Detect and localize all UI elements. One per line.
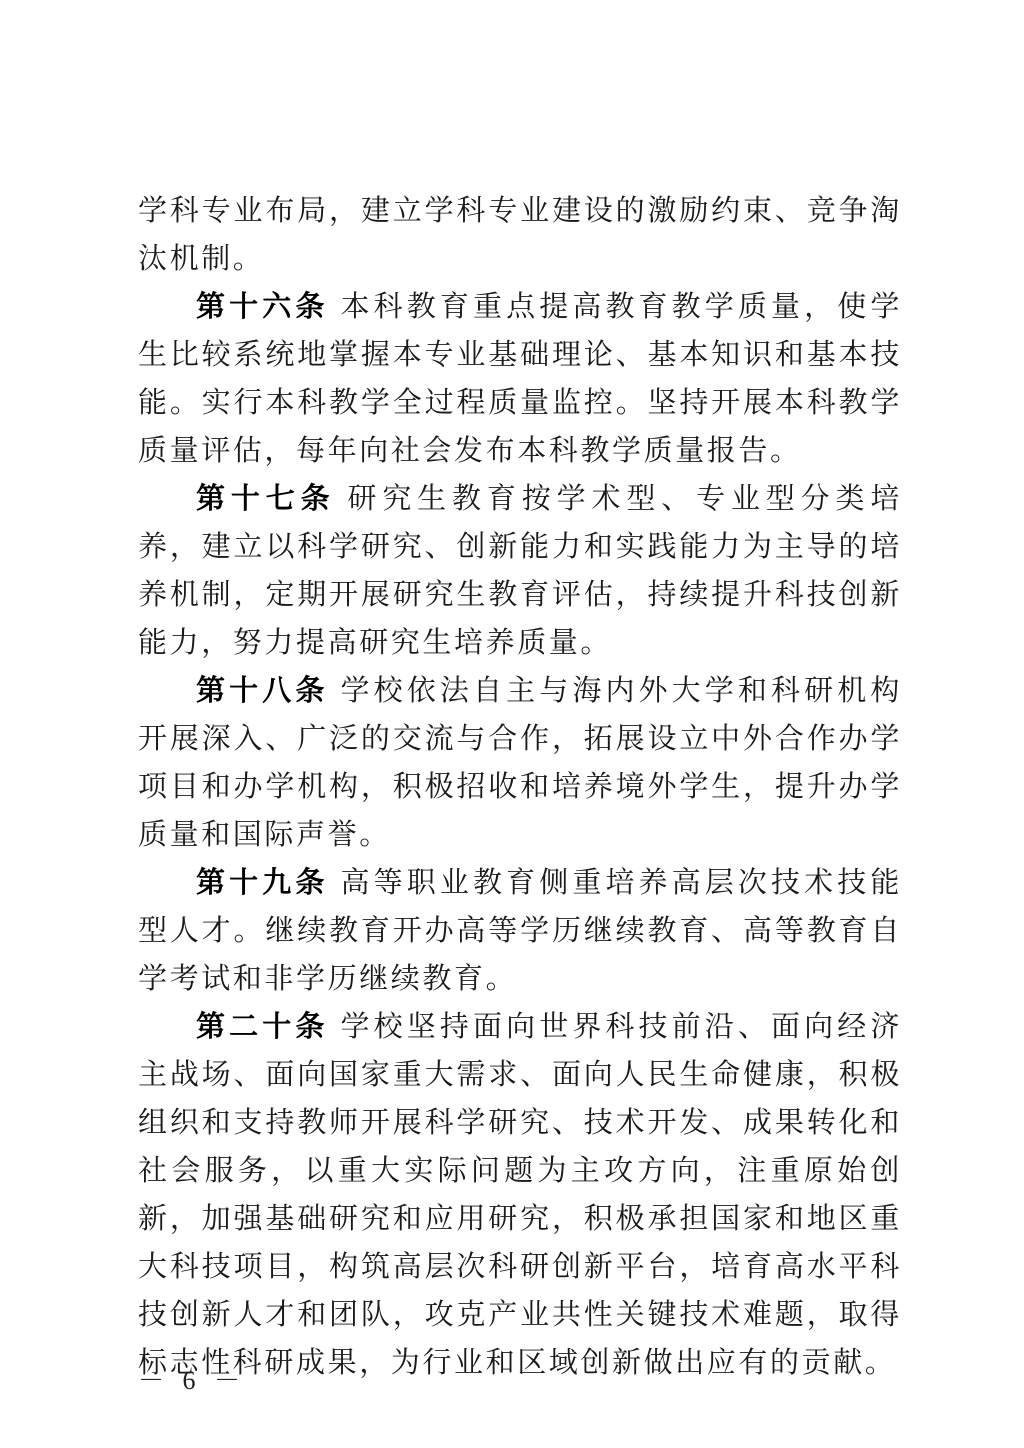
continuation-paragraph: 学科专业布局，建立学科专业建设的激励约束、竞争淘汰机制。	[138, 186, 902, 282]
article-number: 第十九条	[196, 865, 328, 899]
document-page: 学科专业布局，建立学科专业建设的激励约束、竞争淘汰机制。 第十六条本科教育重点提…	[0, 0, 1024, 1448]
article-18: 第十八条学校依法自主与海内外大学和科研机构开展深入、广泛的交流与合作，拓展设立中…	[138, 666, 902, 858]
article-number: 第二十条	[196, 1009, 328, 1043]
article-20: 第二十条学校坚持面向世界科技前沿、面向经济主战场、面向国家重大需求、面向人民生命…	[138, 1002, 902, 1386]
document-body: 学科专业布局，建立学科专业建设的激励约束、竞争淘汰机制。 第十六条本科教育重点提…	[138, 186, 902, 1386]
article-17: 第十七条研究生教育按学术型、专业型分类培养，建立以科学研究、创新能力和实践能力为…	[138, 474, 902, 666]
page-number: － 6 －	[138, 1360, 246, 1397]
article-number: 第十六条	[196, 289, 328, 323]
article-16: 第十六条本科教育重点提高教育教学质量，使学生比较系统地掌握本专业基础理论、基本知…	[138, 282, 902, 474]
article-text: 学校坚持面向世界科技前沿、面向经济主战场、面向国家重大需求、面向人民生命健康，积…	[138, 1009, 902, 1379]
article-number: 第十八条	[196, 673, 328, 707]
article-19: 第十九条高等职业教育侧重培养高层次技术技能型人才。继续教育开办高等学历继续教育、…	[138, 858, 902, 1002]
article-number: 第十七条	[196, 481, 335, 515]
